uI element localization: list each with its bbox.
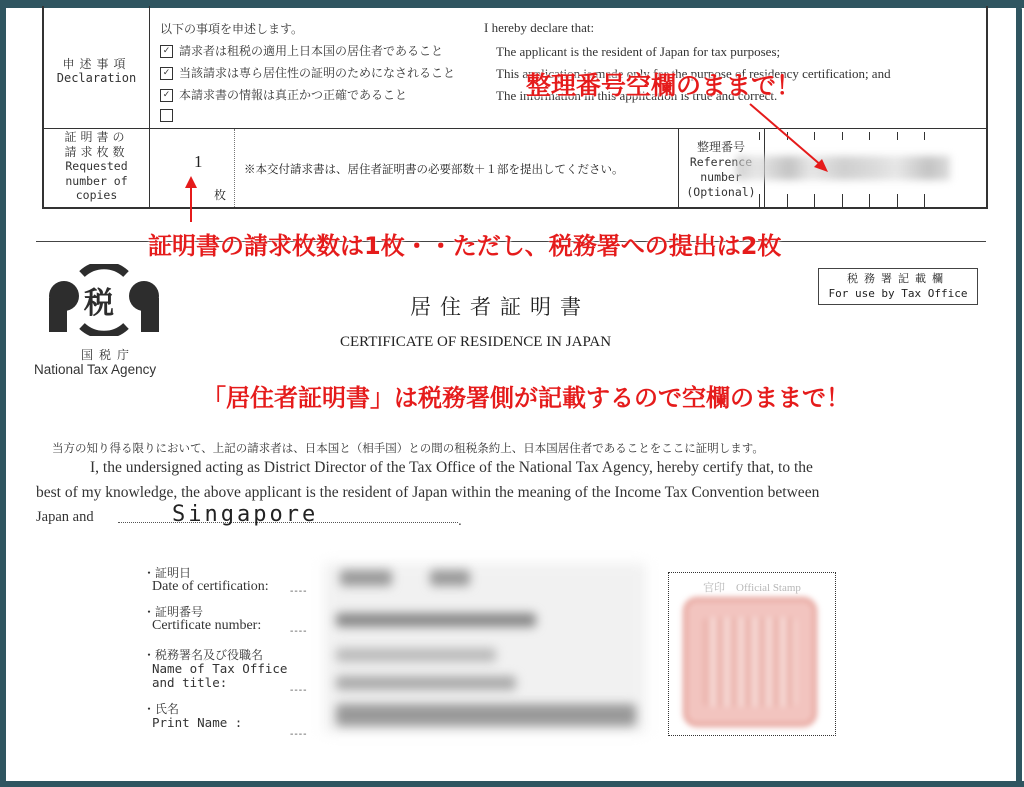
redacted-certificate-number — [336, 613, 536, 627]
tax-office-use-box: 税務署記載欄 For use by Tax Office — [818, 268, 978, 305]
annotation-reference-blank: 整理番号空欄のままで！ — [526, 66, 801, 102]
certification-statement-en-2: best of my knowledge, the above applican… — [36, 484, 819, 502]
field-dashes: ---- — [290, 685, 308, 696]
declaration-item-jp: 本請求書の情報は真正かつ正確であること — [179, 88, 407, 102]
certification-statement-jp: 当方の知り得る限りにおいて、上記の請求者は、日本国と（相手国）との間の租税条約上… — [52, 440, 764, 456]
declaration-intro-jp: 以下の事項を申述します。 — [160, 20, 303, 37]
logo-char: 税 — [84, 278, 114, 322]
agency-name-jp: 国税庁 — [44, 346, 172, 363]
copies-label: 証明書の 請求枚数 Requested number of copies — [44, 130, 149, 203]
copies-label-jp-2: 請求枚数 — [44, 145, 149, 160]
declaration-checkbox-4[interactable] — [160, 109, 173, 122]
frame-border-right — [1016, 4, 1022, 787]
field-label-jp: ・氏名 — [143, 702, 242, 716]
frame-border-bottom — [0, 781, 1024, 787]
field-certificate-number: ・証明番号 Certificate number: — [143, 605, 261, 633]
declaration-label: 申述事項 Declaration — [44, 57, 149, 85]
copies-label-en-1: Requested — [44, 159, 149, 174]
field-label-jp: ・税務署名及び役職名 — [143, 648, 287, 662]
annotation-certificate-blank: 「居住者証明書」は税務署側が記載するので空欄のままで！ — [202, 378, 850, 413]
field-print-name: ・氏名 Print Name : — [143, 702, 242, 730]
agency-name-en: National Tax Agency — [34, 362, 156, 377]
field-tax-office-name: ・税務署名及び役職名 Name of Tax Office and title: — [143, 648, 287, 690]
field-label-en: Date of certification: — [143, 580, 269, 594]
field-label-jp: ・証明日 — [143, 566, 269, 580]
declaration-label-jp: 申述事項 — [44, 57, 149, 71]
copies-value[interactable]: 1 — [194, 152, 203, 172]
arrow-icon — [184, 176, 198, 222]
copies-label-jp-1: 証明書の — [44, 130, 149, 145]
declaration-item-en: The applicant is the resident of Japan f… — [496, 44, 780, 60]
copies-unit: 枚 — [214, 186, 226, 203]
redacted-date — [340, 570, 392, 586]
declaration-checkbox-2[interactable]: ✓ — [160, 67, 173, 80]
declaration-item — [160, 108, 179, 122]
field-label-en-2: and title: — [143, 676, 287, 690]
document-page: 申述事項 Declaration 以下の事項を申述します。 I hereby d… — [6, 8, 1016, 781]
declaration-checkbox-3[interactable]: ✓ — [160, 89, 173, 102]
official-stamp-label: 官印 Official Stamp — [669, 579, 835, 595]
declaration-label-en: Declaration — [44, 71, 149, 85]
arrow-icon — [746, 100, 836, 180]
tax-office-box-en: For use by Tax Office — [819, 286, 977, 301]
field-label-en: Print Name : — [143, 716, 242, 730]
copies-label-en-3: copies — [44, 188, 149, 203]
field-label-jp: ・証明番号 — [143, 605, 261, 619]
declaration-checkbox-1[interactable]: ✓ — [160, 45, 173, 58]
annotation-copies-count: 証明書の請求枚数は1枚・・ただし、税務署への提出は2枚 — [148, 226, 781, 261]
certificate-title-jp: 居住者証明書 — [410, 291, 590, 321]
field-label-en: Name of Tax Office — [143, 662, 287, 676]
certificate-title-en: CERTIFICATE OF RESIDENCE IN JAPAN — [340, 334, 611, 351]
redacted-tax-office — [336, 648, 496, 662]
redacted-date — [430, 570, 470, 586]
national-tax-agency-logo: 税 — [46, 264, 162, 336]
certification-statement-en-3: Japan and — [36, 509, 94, 526]
redacted-print-name — [336, 704, 636, 726]
declaration-item-jp: 当該請求は専ら居住性の証明のためになされること — [179, 66, 455, 80]
country-field-period: . — [458, 514, 462, 528]
tax-office-box-jp: 税務署記載欄 — [819, 271, 977, 286]
official-stamp-box: 官印 Official Stamp — [668, 572, 836, 736]
declaration-intro-en: I hereby declare that: — [484, 20, 594, 36]
redacted-title — [336, 676, 516, 690]
field-dashes: ---- — [290, 626, 308, 637]
certification-statement-en-1: I, the undersigned acting as District Di… — [90, 459, 813, 477]
official-stamp-seal — [683, 597, 817, 727]
declaration-item-jp: 請求者は租税の適用上日本国の居住者であること — [179, 44, 443, 58]
field-date-of-certification: ・証明日 Date of certification: — [143, 566, 269, 594]
country-field[interactable]: Singapore — [172, 502, 318, 527]
copies-note: ※本交付請求書は、居住者証明書の必要部数＋１部を提出してください。 — [244, 161, 624, 177]
field-label-en: Certificate number: — [143, 619, 261, 633]
field-dashes: ---- — [290, 729, 308, 740]
copies-label-en-2: number of — [44, 174, 149, 189]
field-dashes: ---- — [290, 586, 308, 597]
